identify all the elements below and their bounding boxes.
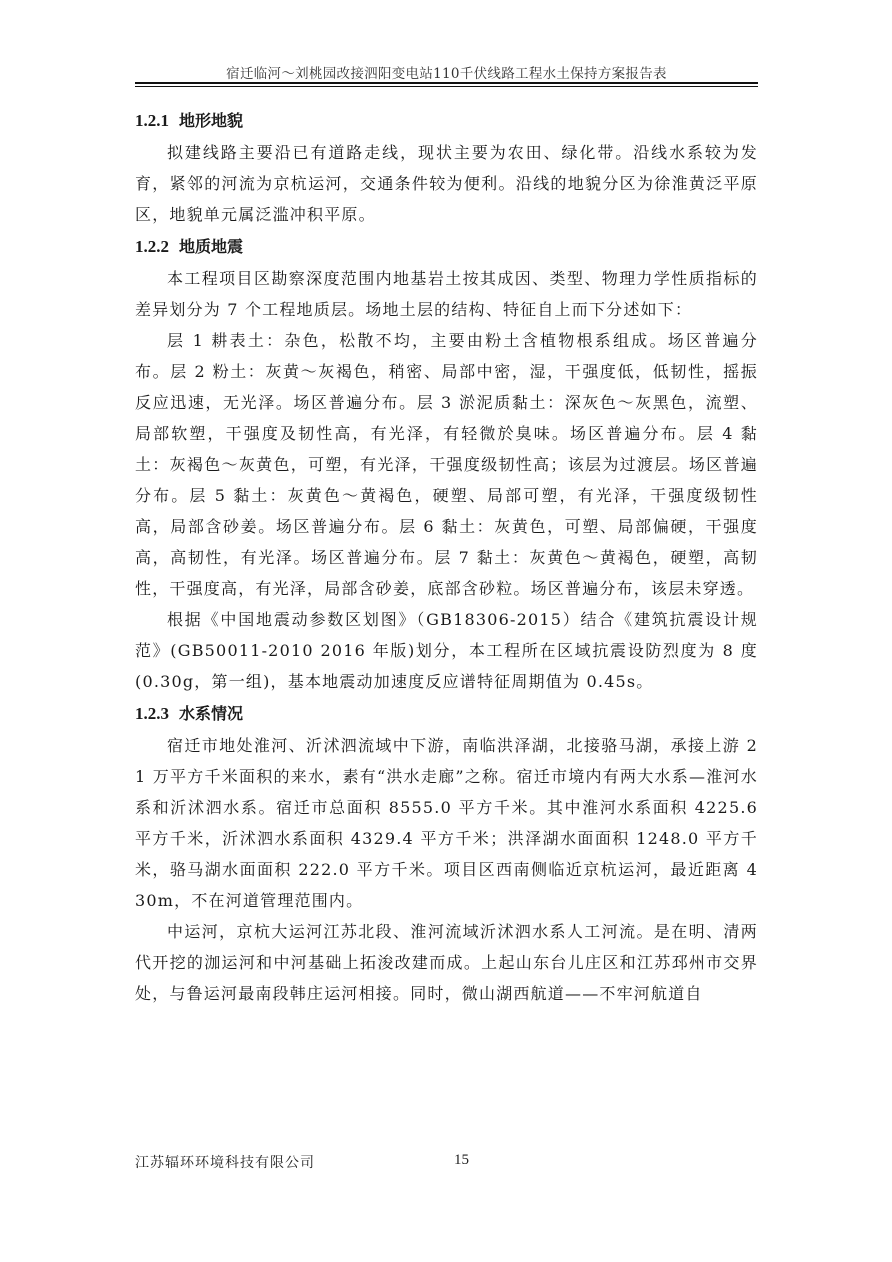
header-rule-thin [135, 86, 758, 87]
header-double-rule [135, 82, 758, 88]
header-rule-thick [135, 82, 758, 84]
paragraph: 中运河，京杭大运河江苏北段、淮河流域沂沭泗水系人工河流。是在明、清两代开挖的泇运… [135, 916, 758, 1009]
section-title: 水系情况 [179, 704, 243, 723]
paragraph: 宿迁市地处淮河、沂沭泗流域中下游，南临洪泽湖，北接骆马湖，承接上游 21 万平方… [135, 730, 758, 916]
paragraph: 层 1 耕表土：杂色，松散不均，主要由粉土含植物根系组成。场区普遍分布。层 2 … [135, 325, 758, 604]
paragraph: 根据《中国地震动参数区划图》（GB18306-2015）结合《建筑抗震设计规范》… [135, 604, 758, 697]
footer-company: 江苏辐环环境科技有限公司 [135, 1152, 315, 1172]
running-header: 宿迁临河～刘桃园改接泗阳变电站110千伏线路工程水土保持方案报告表 [135, 62, 758, 82]
paragraph: 拟建线路主要沿已有道路走线，现状主要为农田、绿化带。沿线水系较为发育，紧邻的河流… [135, 137, 758, 230]
section-title: 地质地震 [179, 237, 243, 256]
section-heading-1-2-3: 1.2.3水系情况 [135, 697, 758, 730]
section-number: 1.2.2 [135, 237, 169, 256]
section-number: 1.2.3 [135, 704, 169, 723]
section-title: 地形地貌 [179, 111, 243, 130]
section-heading-1-2-1: 1.2.1地形地貌 [135, 104, 758, 137]
section-number: 1.2.1 [135, 111, 169, 130]
section-heading-1-2-2: 1.2.2地质地震 [135, 230, 758, 263]
page-number: 15 [454, 1152, 469, 1169]
page-body: 1.2.1地形地貌 拟建线路主要沿已有道路走线，现状主要为农田、绿化带。沿线水系… [135, 104, 758, 1009]
paragraph: 本工程项目区勘察深度范围内地基岩土按其成因、类型、物理力学性质指标的差异划分为 … [135, 263, 758, 325]
